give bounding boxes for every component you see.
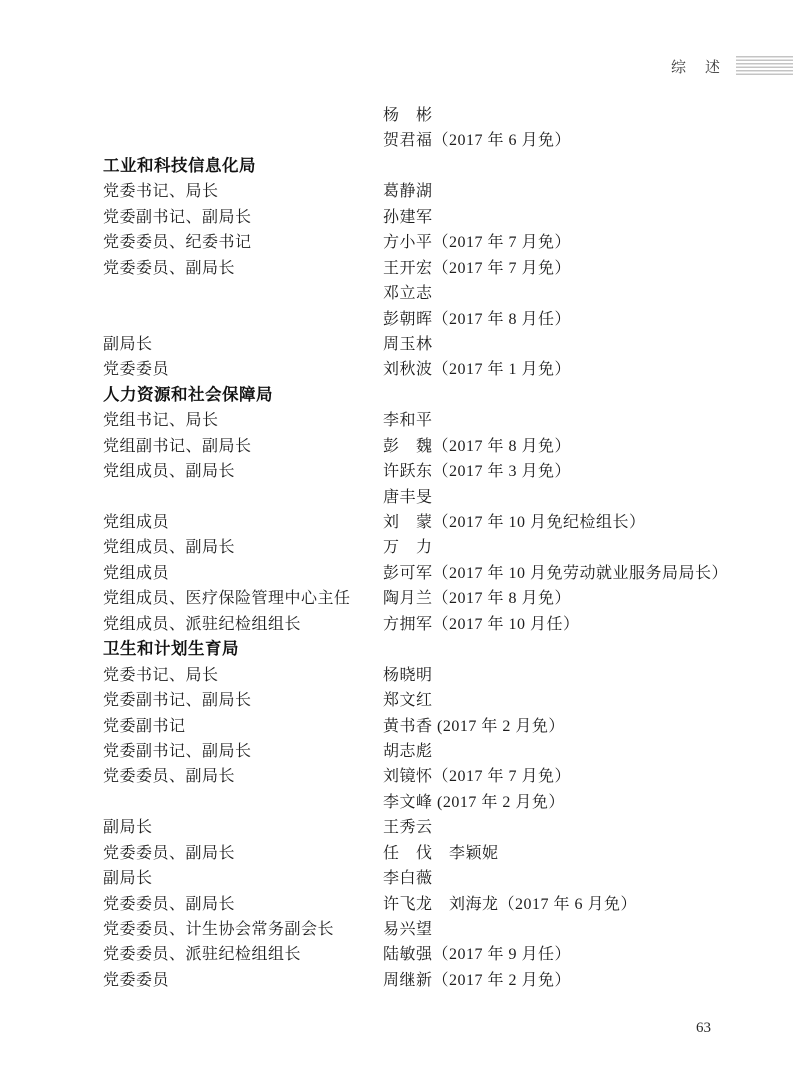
name-value: 杨晓明 (383, 663, 693, 688)
section-heading: 工业和科技信息化局 (103, 154, 693, 179)
entry-row: 贺君福（2017 年 6 月免） (103, 128, 693, 153)
entry-row: 党委委员、派驻纪检组组长陆敏强（2017 年 9 月任） (103, 942, 693, 967)
role-label: 党委委员、派驻纪检组组长 (103, 942, 383, 967)
entry-row: 党委书记、局长葛静湖 (103, 179, 693, 204)
name-value: 陶月兰（2017 年 8 月免） (383, 586, 693, 611)
role-label (103, 103, 383, 128)
name-value: 杨 彬 (383, 103, 693, 128)
role-label: 党组成员、医疗保险管理中心主任 (103, 586, 383, 611)
entry-row: 党组成员、医疗保险管理中心主任陶月兰（2017 年 8 月免） (103, 586, 693, 611)
role-label: 党委委员 (103, 968, 383, 993)
role-label: 党委委员 (103, 357, 383, 382)
entry-row: 党委委员、计生协会常务副会长易兴望 (103, 917, 693, 942)
section-heading: 卫生和计划生育局 (103, 637, 693, 662)
role-label: 党委书记、局长 (103, 179, 383, 204)
role-label: 党组成员 (103, 510, 383, 535)
name-value: 李白薇 (383, 866, 693, 891)
name-value: 胡志彪 (383, 739, 693, 764)
entry-row: 党组成员刘 蒙（2017 年 10 月免纪检组长） (103, 510, 693, 535)
name-value: 郑文红 (383, 688, 693, 713)
role-label: 副局长 (103, 866, 383, 891)
role-label: 党委副书记 (103, 714, 383, 739)
name-value: 万 力 (383, 535, 693, 560)
decorative-lines (736, 56, 793, 77)
entry-row: 副局长王秀云 (103, 815, 693, 840)
entry-row: 党组成员、副局长万 力 (103, 535, 693, 560)
name-value: 彭朝晖（2017 年 8 月任） (383, 307, 693, 332)
role-label: 党组成员、副局长 (103, 535, 383, 560)
entry-row: 党组成员彭可军（2017 年 10 月免劳动就业服务局局长） (103, 561, 693, 586)
entry-row: 党委委员周继新（2017 年 2 月免） (103, 968, 693, 993)
entry-row: 唐丰旻 (103, 485, 693, 510)
role-label: 党组成员、副局长 (103, 459, 383, 484)
name-value: 陆敏强（2017 年 9 月任） (383, 942, 693, 967)
page: 综 述 杨 彬贺君福（2017 年 6 月免）工业和科技信息化局党委书记、局长葛… (0, 0, 793, 1077)
role-label: 党委副书记、副局长 (103, 205, 383, 230)
running-head-title: 综 述 (671, 56, 722, 77)
entry-row: 党委委员、副局长任 伐 李颖妮 (103, 841, 693, 866)
entry-row: 党委委员、副局长许飞龙 刘海龙（2017 年 6 月免） (103, 892, 693, 917)
role-label: 党委委员、纪委书记 (103, 230, 383, 255)
name-value: 王开宏（2017 年 7 月免） (383, 256, 693, 281)
role-label: 副局长 (103, 815, 383, 840)
section-heading: 人力资源和社会保障局 (103, 383, 693, 408)
role-label: 党委委员、副局长 (103, 256, 383, 281)
entry-row: 党委副书记、副局长胡志彪 (103, 739, 693, 764)
entry-row: 党委副书记黄书香 (2017 年 2 月免） (103, 714, 693, 739)
role-label (103, 790, 383, 815)
page-number: 63 (696, 1020, 711, 1036)
role-label: 党委副书记、副局长 (103, 739, 383, 764)
entry-row: 彭朝晖（2017 年 8 月任） (103, 307, 693, 332)
entry-row: 党组成员、派驻纪检组组长方拥军（2017 年 10 月任） (103, 612, 693, 637)
name-value: 彭可军（2017 年 10 月免劳动就业服务局局长） (383, 561, 728, 586)
entry-row: 党委委员、副局长王开宏（2017 年 7 月免） (103, 256, 693, 281)
role-label: 党委委员、副局长 (103, 764, 383, 789)
name-value: 方小平（2017 年 7 月免） (383, 230, 693, 255)
role-label: 副局长 (103, 332, 383, 357)
role-label: 党组副书记、副局长 (103, 434, 383, 459)
role-label: 党组成员、派驻纪检组组长 (103, 612, 383, 637)
role-label: 党组书记、局长 (103, 408, 383, 433)
entry-row: 党委副书记、副局长孙建军 (103, 205, 693, 230)
entry-row: 党委书记、局长杨晓明 (103, 663, 693, 688)
role-label: 党委委员、副局长 (103, 841, 383, 866)
entry-row: 邓立志 (103, 281, 693, 306)
role-label: 党委委员、计生协会常务副会长 (103, 917, 383, 942)
page-header: 综 述 (671, 56, 793, 77)
entry-row: 李文峰 (2017 年 2 月免） (103, 790, 693, 815)
name-value: 王秀云 (383, 815, 693, 840)
name-value: 任 伐 李颖妮 (383, 841, 693, 866)
name-value: 周继新（2017 年 2 月免） (383, 968, 693, 993)
name-value: 李和平 (383, 408, 693, 433)
name-value: 邓立志 (383, 281, 693, 306)
role-label (103, 281, 383, 306)
entry-row: 副局长周玉林 (103, 332, 693, 357)
name-value: 孙建军 (383, 205, 693, 230)
entry-row: 党组副书记、副局长彭 魏（2017 年 8 月免） (103, 434, 693, 459)
role-label: 党委委员、副局长 (103, 892, 383, 917)
name-value: 刘秋波（2017 年 1 月免） (383, 357, 693, 382)
entry-row: 副局长李白薇 (103, 866, 693, 891)
name-value: 易兴望 (383, 917, 693, 942)
name-value: 葛静湖 (383, 179, 693, 204)
name-value: 彭 魏（2017 年 8 月免） (383, 434, 693, 459)
name-value: 贺君福（2017 年 6 月免） (383, 128, 693, 153)
role-label: 党委副书记、副局长 (103, 688, 383, 713)
page-footer: 63 (696, 1019, 711, 1037)
name-value: 许飞龙 刘海龙（2017 年 6 月免） (383, 892, 693, 917)
name-value: 黄书香 (2017 年 2 月免） (383, 714, 693, 739)
name-value: 唐丰旻 (383, 485, 693, 510)
content: 杨 彬贺君福（2017 年 6 月免）工业和科技信息化局党委书记、局长葛静湖党委… (103, 103, 693, 993)
entry-row: 党委委员、纪委书记方小平（2017 年 7 月免） (103, 230, 693, 255)
entry-row: 党委委员刘秋波（2017 年 1 月免） (103, 357, 693, 382)
entry-row: 党组成员、副局长许跃东（2017 年 3 月免） (103, 459, 693, 484)
name-value: 刘镜怀（2017 年 7 月免） (383, 764, 693, 789)
role-label: 党委书记、局长 (103, 663, 383, 688)
role-label: 党组成员 (103, 561, 383, 586)
name-value: 刘 蒙（2017 年 10 月免纪检组长） (383, 510, 693, 535)
entry-row: 党组书记、局长李和平 (103, 408, 693, 433)
role-label (103, 307, 383, 332)
entry-row: 党委副书记、副局长郑文红 (103, 688, 693, 713)
entry-row: 党委委员、副局长刘镜怀（2017 年 7 月免） (103, 764, 693, 789)
role-label (103, 485, 383, 510)
name-value: 周玉林 (383, 332, 693, 357)
entry-row: 杨 彬 (103, 103, 693, 128)
name-value: 方拥军（2017 年 10 月任） (383, 612, 693, 637)
name-value: 李文峰 (2017 年 2 月免） (383, 790, 693, 815)
name-value: 许跃东（2017 年 3 月免） (383, 459, 693, 484)
role-label (103, 128, 383, 153)
